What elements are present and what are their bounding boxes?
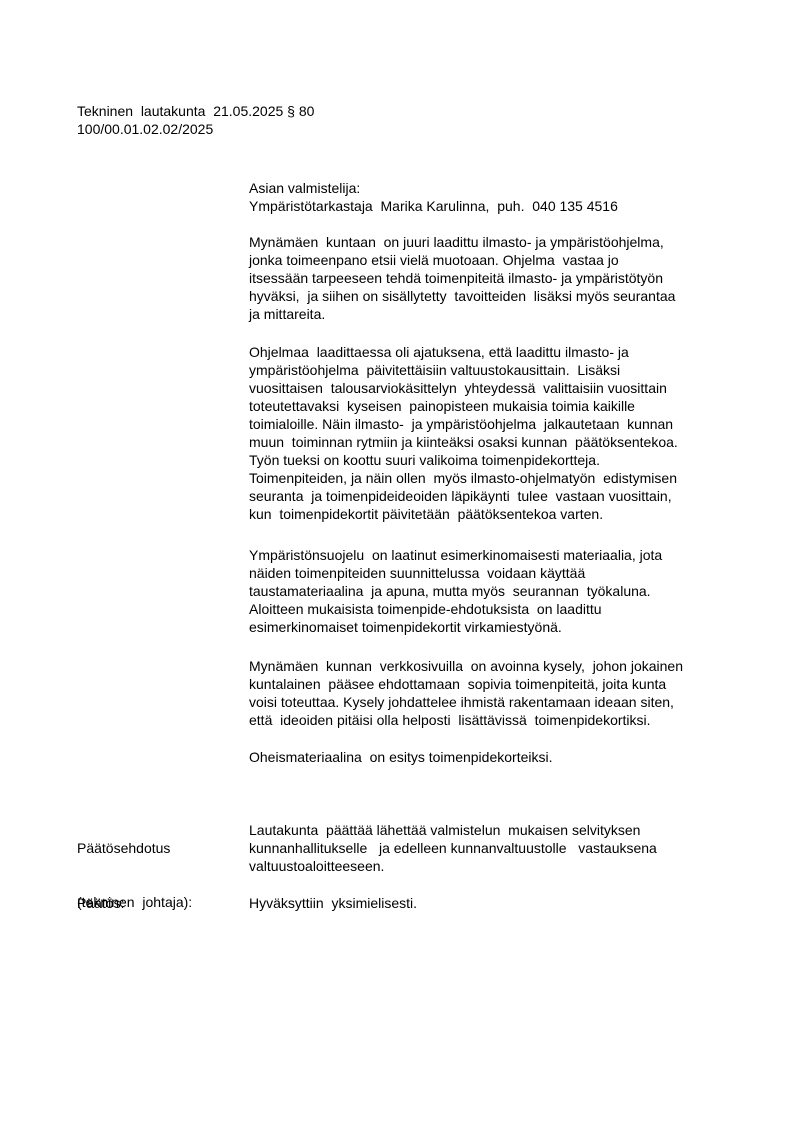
paragraph-line: Ympäristönsuojelu on laatinut esimerkino… [249,546,749,564]
paragraph-line: kuntalainen pääsee ehdottamaan sopivia t… [249,675,749,693]
paragraph-line: taustamateriaalina ja apuna, mutta myös … [249,582,749,600]
paragraph-3: Ympäristönsuojelu on laatinut esimerkino… [249,546,749,636]
paragraph-line: Oheismateriaalina on esitys toimenpideko… [249,748,749,766]
paragraph-line: Ohjelmaa laadittaessa oli ajatuksena, et… [249,343,749,361]
paragraph-line: seuranta ja toimenpideideoiden läpikäynt… [249,487,749,505]
paragraph-line: näiden toimenpiteiden suunnittelussa voi… [249,564,749,582]
paragraph-line: hyväksi, ja siihen on sisällytetty tavoi… [249,287,749,305]
paragraph-line: itsessään tarpeeseen tehdä toimenpiteitä… [249,269,749,287]
paragraph-line: Mynämäen kunnan verkkosivuilla on avoinn… [249,657,749,675]
paragraph-line: vuosittaisen talousarviokäsittelyn yhtey… [249,379,749,397]
decision-value: Hyväksyttiin yksimielisesti. [249,894,749,912]
document-header: Tekninen lautakunta 21.05.2025 § 80 100/… [77,102,314,138]
paragraph-line: että ideoiden pitäisi olla helposti lisä… [249,711,749,729]
proposal-line: kunnanhallitukselle ja edelleen kunnanva… [249,839,749,857]
paragraph-line: jonka toimeenpano etsii vielä muotoaan. … [249,251,749,269]
proposal-label-line1: Päätösehdotus [77,839,192,857]
paragraph-2: Ohjelmaa laadittaessa oli ajatuksena, et… [249,343,749,523]
paragraph-4: Mynämäen kunnan verkkosivuilla on avoinn… [249,657,749,729]
paragraph-line: toimialoille. Näin ilmasto- ja ympäristö… [249,415,749,433]
paragraph-line: Aloitteen mukaisista toimenpide-ehdotuks… [249,600,749,618]
proposal-text: Lautakunta päättää lähettää valmistelun … [249,821,749,875]
paragraph-line: esimerkinomaiset toimenpidekortit virkam… [249,618,749,636]
paragraph-line: Työn tueksi on koottu suuri valikoima to… [249,451,749,469]
paragraph-line: kun toimenpidekortit päivitetään päätöks… [249,505,749,523]
paragraph-line: Mynämäen kuntaan on juuri laadittu ilmas… [249,233,749,251]
preparer-value: Ympäristötarkastaja Marika Karulinna, pu… [249,197,749,215]
paragraph-line: toteutettavaksi kyseisen painopisteen mu… [249,397,749,415]
paragraph-1: Mynämäen kuntaan on juuri laadittu ilmas… [249,233,749,323]
paragraph-line: ja mittareita. [249,305,749,323]
meeting-line: Tekninen lautakunta 21.05.2025 § 80 [77,102,314,120]
paragraph-line: voisi toteuttaa. Kysely johdattelee ihmi… [249,693,749,711]
paragraph-line: muun toiminnan rytmiin ja kiinteäksi osa… [249,433,749,451]
proposal-line: valtuustoaloitteeseen. [249,857,749,875]
paragraph-5: Oheismateriaalina on esitys toimenpideko… [249,748,749,766]
preparer-block: Asian valmistelija: Ympäristötarkastaja … [249,179,749,215]
paragraph-line: ympäristöohjelma päivitettäisiin valtuus… [249,361,749,379]
proposal-line: Lautakunta päättää lähettää valmistelun … [249,821,749,839]
paragraph-line: Toimenpiteiden, ja näin ollen myös ilmas… [249,469,749,487]
preparer-label: Asian valmistelija: [249,179,749,197]
decision-label: Päätös: [77,894,124,912]
decision-text: Hyväksyttiin yksimielisesti. [249,894,749,912]
record-number: 100/00.01.02.02/2025 [77,120,314,138]
